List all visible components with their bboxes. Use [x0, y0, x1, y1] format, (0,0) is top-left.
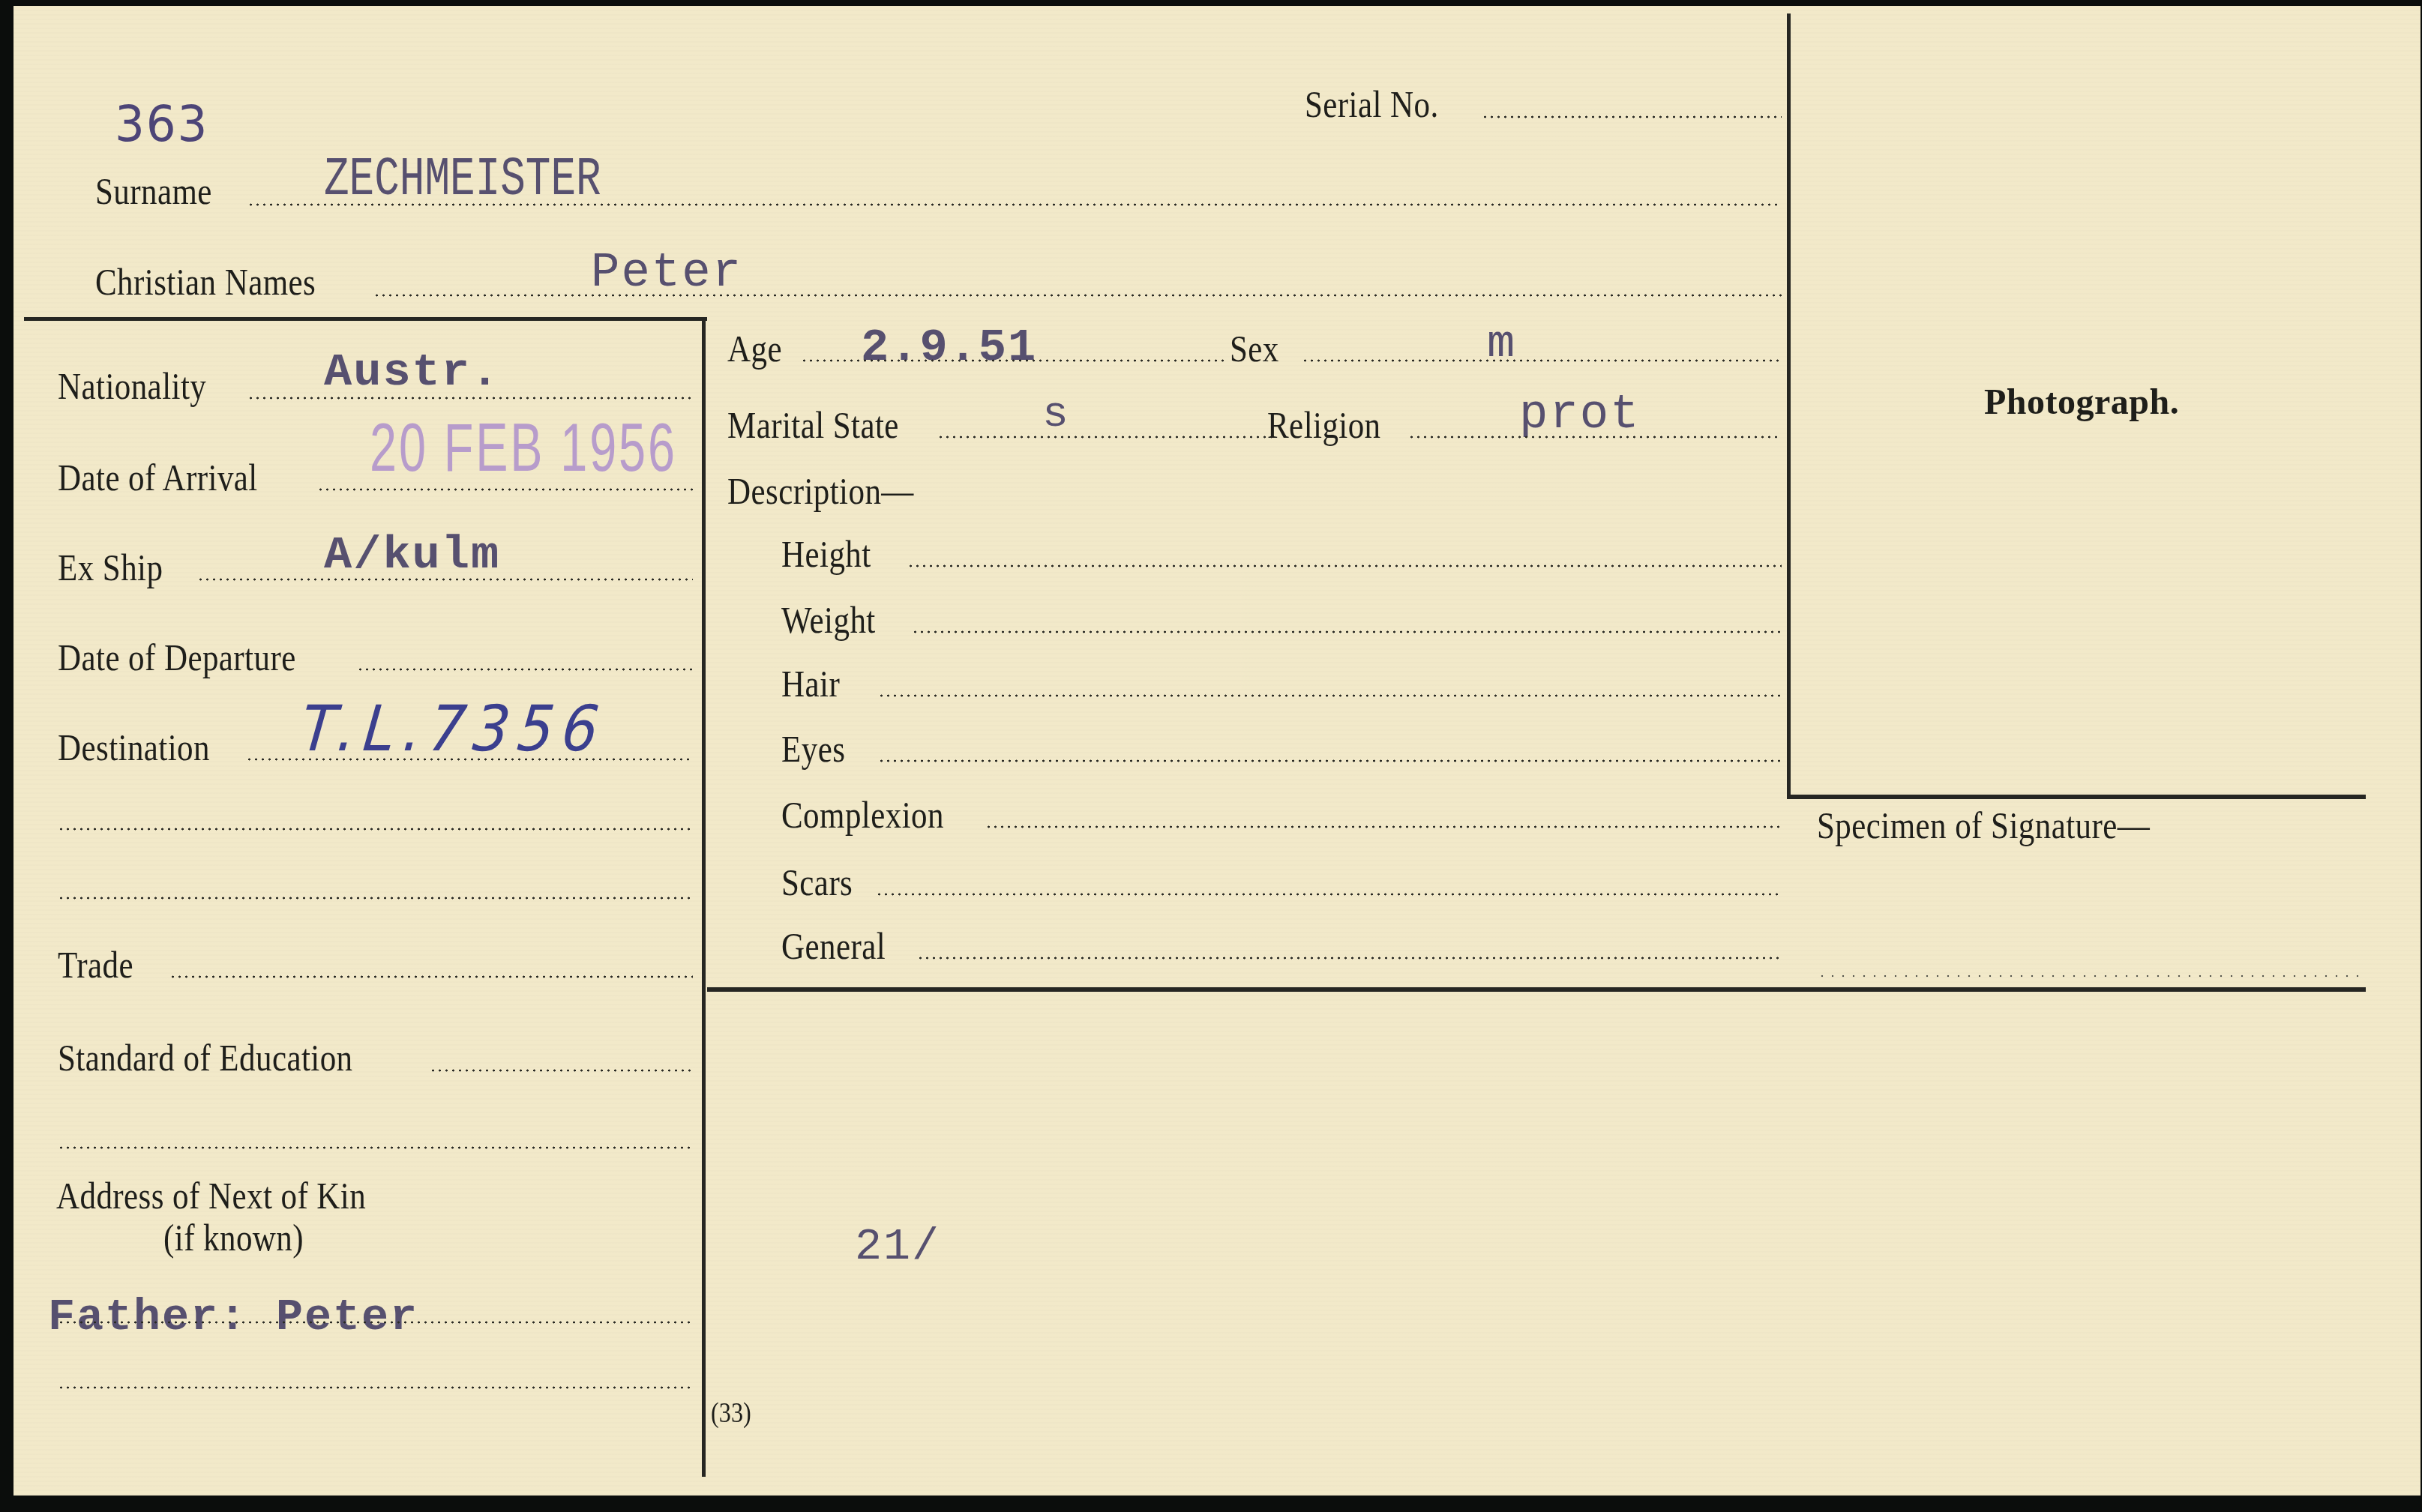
trade-label: Trade — [58, 946, 133, 984]
general-label: General — [781, 927, 886, 965]
age-field[interactable] — [801, 359, 1228, 362]
standard-of-education-field[interactable] — [430, 1069, 693, 1072]
standard-of-education-label: Standard of Education — [58, 1039, 353, 1076]
age-label: Age — [727, 330, 782, 367]
ex-ship-field[interactable] — [197, 578, 693, 581]
marital-state-value: s — [1042, 394, 1070, 437]
height-label: Height — [781, 535, 871, 573]
religion-value: prot — [1519, 391, 1641, 439]
date-of-departure-field[interactable] — [357, 668, 693, 671]
blank-line-1[interactable] — [58, 828, 693, 831]
blank-line-3[interactable] — [58, 1146, 693, 1149]
next-of-kin-label: Address of Next of Kin — [56, 1177, 366, 1214]
ex-ship-value: A/kulm — [324, 532, 500, 579]
serial-no-label: Serial No. — [1305, 85, 1439, 123]
religion-label: Religion — [1267, 406, 1381, 444]
date-of-arrival-stamp: 20 FEB 1956 — [370, 415, 677, 482]
christian-names-field[interactable] — [373, 294, 1782, 297]
trade-field[interactable] — [169, 975, 693, 978]
destination-value: T.L.7356 — [298, 697, 610, 760]
date-of-arrival-field[interactable] — [317, 488, 693, 491]
marital-state-label: Marital State — [727, 406, 899, 444]
date-of-arrival-label: Date of Arrival — [58, 459, 258, 496]
next-of-kin-field[interactable] — [58, 1321, 693, 1324]
serial-no-field[interactable] — [1482, 115, 1782, 118]
form-number: (33) — [711, 1399, 751, 1427]
weight-field[interactable] — [912, 630, 1782, 633]
complexion-label: Complexion — [781, 796, 944, 834]
hair-field[interactable] — [878, 694, 1782, 697]
sex-label: Sex — [1230, 330, 1279, 367]
note-21: 21/ — [855, 1225, 940, 1270]
eyes-label: Eyes — [781, 730, 845, 768]
weight-label: Weight — [781, 601, 876, 639]
marital-state-field[interactable] — [937, 436, 1273, 439]
photograph-box[interactable] — [1791, 13, 2361, 795]
surname-value: ZECHMEISTER — [324, 152, 601, 207]
sex-field[interactable] — [1302, 359, 1782, 362]
next-of-kin-sublabel: (if known) — [163, 1219, 304, 1256]
next-of-kin-value: Father: Peter — [48, 1295, 418, 1340]
christian-names-value: Peter — [591, 250, 742, 298]
nationality-value: Austr. — [324, 349, 500, 396]
height-field[interactable] — [907, 564, 1782, 567]
blank-line-2[interactable] — [58, 897, 693, 900]
hair-label: Hair — [781, 665, 840, 702]
complexion-field[interactable] — [985, 825, 1782, 828]
destination-label: Destination — [58, 729, 210, 766]
registration-card: 363 Serial No. Surname ZECHMEISTER Chris… — [13, 6, 2421, 1496]
ex-ship-label: Ex Ship — [58, 549, 163, 586]
nationality-label: Nationality — [58, 367, 206, 405]
description-label: Description— — [727, 472, 914, 510]
middle-horizontal-rule — [707, 987, 2366, 992]
record-number: 363 — [115, 100, 208, 149]
surname-label: Surname — [95, 172, 212, 210]
signature-field[interactable] — [1817, 975, 2364, 978]
middle-vertical-rule — [702, 317, 706, 1477]
eyes-field[interactable] — [878, 759, 1782, 762]
religion-field[interactable] — [1408, 436, 1782, 439]
next-of-kin-field-2[interactable] — [58, 1386, 693, 1389]
surname-field[interactable] — [247, 203, 1782, 206]
date-of-departure-label: Date of Departure — [58, 639, 296, 676]
scars-label: Scars — [781, 864, 853, 901]
age-value: 2.9.51 — [861, 325, 1037, 371]
destination-field[interactable] — [246, 758, 693, 761]
christian-names-label: Christian Names — [95, 263, 316, 301]
left-box-top-rule — [24, 317, 707, 321]
photo-box-bottom-rule — [1788, 795, 2366, 799]
nationality-field[interactable] — [247, 397, 693, 400]
signature-label: Specimen of Signature— — [1817, 807, 2150, 844]
scars-field[interactable] — [876, 893, 1782, 896]
general-field[interactable] — [917, 957, 1782, 960]
